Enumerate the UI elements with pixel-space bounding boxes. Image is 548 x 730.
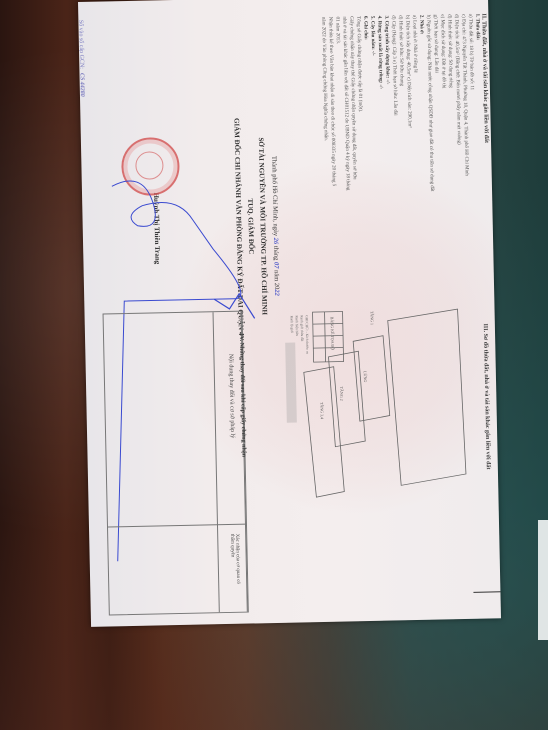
- diagram-legend: GHI CHÚ: - Kích thước: m Ranh giới thửa …: [289, 315, 310, 354]
- column-header-confirm: Xác nhận của cơ quan có thẩm quyền: [229, 534, 240, 594]
- land-certificate-document: II. Thửa đất, nhà ở và tài sản khác gắn …: [78, 0, 501, 627]
- floor-label: LỬNG: [363, 371, 368, 382]
- floor-label: TẦNG 1: [370, 311, 375, 325]
- floor-label: TẦNG 3,4: [319, 402, 324, 419]
- floor-plan-diagram: [282, 299, 477, 553]
- floor-label: TẦNG 2: [339, 387, 344, 401]
- coordinates-table-title: BẢNG KÊ TỌA ĐỘ: [330, 317, 336, 350]
- section-4-title: IV. Những thay đổi sau khi cấp giấy chứn…: [235, 333, 256, 457]
- light-glare: [538, 520, 548, 640]
- serial-value: CS 44280: [78, 73, 84, 97]
- serial-number: Số vào sổ cấp GCN: CS 44280: [78, 20, 94, 97]
